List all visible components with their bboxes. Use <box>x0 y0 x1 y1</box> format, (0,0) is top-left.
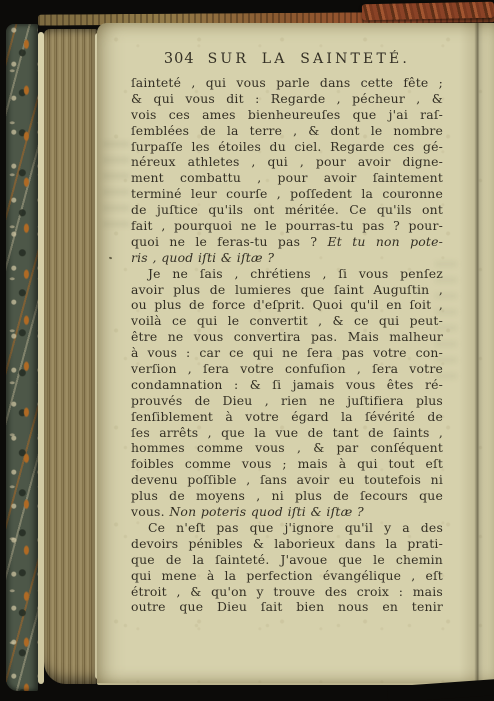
text-segment: vois ces ames bienheureuſes que j'ai raſ… <box>131 107 443 122</box>
running-title: SUR LA SAINTETÉ. <box>208 51 411 67</box>
text-line: néreux athletes , qui , pour avoir digne… <box>131 154 443 170</box>
text-segment: ſenſiblement à votre égard la ſévérité d… <box>131 409 443 424</box>
paper-speck <box>109 257 113 260</box>
text-line: condamnation : & ſi jamais vous êtes ré- <box>131 377 443 393</box>
text-segment: voilà ce qui le convertit , & ce qui peu… <box>131 313 443 328</box>
text-segment: à vous : car ce qui ne ſera pas votre co… <box>131 345 443 360</box>
text-line: prouvés de Dieu , rien ne juſtifiera plu… <box>131 393 443 409</box>
text-line: ris , quod iſti & iſtæ ? <box>131 250 443 266</box>
text-segment: fait , pourquoi ne le pourras-tu pas ? p… <box>131 218 443 233</box>
latin-quote-segment: Non poteris quod iſti & iſtæ ? <box>169 504 364 519</box>
text-line: terminé leur courſe , poſſedent la couro… <box>131 186 443 202</box>
running-head: 304 SUR LA SAINTETÉ. <box>131 51 443 67</box>
ink-bleedthrough <box>103 141 129 237</box>
text-segment: prouvés de Dieu , rien ne juſtifiera plu… <box>131 393 443 408</box>
text-segment: ſainteté , qui vous parle dans cette fêt… <box>131 75 443 90</box>
text-line: outre que Dieu ſait bien nous en tenir <box>131 599 443 615</box>
text-segment: vous. <box>131 504 169 519</box>
book-page: 304 SUR LA SAINTETÉ. ſainteté , qui vous… <box>97 23 494 685</box>
text-segment: ſemblées de la terre , & dont le nombre <box>131 123 443 138</box>
text-segment: devenu poſſible , ſans avoir eu toutefoi… <box>131 472 443 487</box>
page-number: 304 <box>164 51 195 67</box>
text-line: devoirs pénibles & laborieux dans la pra… <box>131 536 443 552</box>
text-line: ſes arrêts , que la vue de tant de ſaint… <box>131 425 443 441</box>
text-line: que de la ſainteté. J'avoue que le chemi… <box>131 552 443 568</box>
text-segment: foibles comme vous ; mais à qui tout eſt <box>131 456 443 471</box>
text-line: vous. Non poteris quod iſti & iſtæ ? <box>131 504 443 520</box>
text-line: ſenſiblement à votre égard la ſévérité d… <box>131 409 443 425</box>
text-line: à vous : car ce qui ne ſera pas votre co… <box>131 345 443 361</box>
text-line: ſainteté , qui vous parle dans cette fêt… <box>131 75 443 91</box>
text-segment: hommes comme vous , & par conſéquent <box>131 440 443 455</box>
text-segment: plus de moyens , ni plus de ſecours que <box>131 488 443 503</box>
text-segment: de juſtice qu'ils ont méritée. Ce qu'ils… <box>131 202 443 217</box>
page-block-fore-edge <box>44 29 97 684</box>
text-line: ſemblées de la terre , & dont le nombre <box>131 123 443 139</box>
text-segment: Je ne ſais , chrétiens , ſi vous penſez <box>148 266 443 281</box>
scanned-book-photo: 304 SUR LA SAINTETÉ. ſainteté , qui vous… <box>0 0 494 701</box>
text-segment: devoirs pénibles & laborieux dans la pra… <box>131 536 443 551</box>
text-line: & qui vous dit : Regarde , pécheur , & <box>131 91 443 107</box>
text-segment: condamnation : & ſi jamais vous êtes ré- <box>131 377 443 392</box>
text-segment: ou plus de force d'eſprit. Quoi qu'il en… <box>131 297 443 312</box>
text-line: fait , pourquoi ne le pourras-tu pas ? p… <box>131 218 443 234</box>
text-line: de juſtice qu'ils ont méritée. Ce qu'ils… <box>131 202 443 218</box>
latin-quote-segment: ris , quod iſti & iſtæ ? <box>131 250 274 265</box>
text-segment: ſes arrêts , que la vue de tant de ſaint… <box>131 425 443 440</box>
text-line: étroit , & qu'on y trouve des croix : ma… <box>131 584 443 600</box>
text-segment: étroit , & qu'on y trouve des croix : ma… <box>131 584 443 599</box>
text-segment: & qui vous dit : Regarde , pécheur , & <box>131 91 443 106</box>
text-segment: que de la ſainteté. J'avoue que le chemi… <box>131 552 443 567</box>
text-segment: ſurpaſſe les étoiles du ciel. Regarde ce… <box>131 139 443 154</box>
text-segment: ment combattu , pour avoir ſaintement <box>131 170 443 185</box>
text-line: verſion , ſera votre confuſion , ſera vo… <box>131 361 443 377</box>
text-segment: néreux athletes , qui , pour avoir digne… <box>131 154 443 169</box>
text-line: voilà ce qui le convertit , & ce qui peu… <box>131 313 443 329</box>
marbled-cover-edge <box>6 24 38 691</box>
text-line: Je ne ſais , chrétiens , ſi vous penſez <box>131 266 443 282</box>
gutter-crease <box>459 23 493 683</box>
text-block: ſainteté , qui vous parle dans cette fêt… <box>131 75 443 615</box>
text-line: Ce n'eſt pas que j'ignore qu'il y a des <box>131 520 443 536</box>
text-line: avoir plus de lumieres que ſaint Auguſti… <box>131 282 443 298</box>
text-segment: Ce n'eſt pas que j'ignore qu'il y a des <box>148 520 443 535</box>
text-line: ou plus de force d'eſprit. Quoi qu'il en… <box>131 297 443 313</box>
latin-quote-segment: Et tu non pote- <box>328 234 443 249</box>
text-segment: être ne vous convertira pas. Mais malheu… <box>131 329 443 344</box>
text-segment: qui mene à la perfection évangélique , e… <box>131 568 443 583</box>
text-line: plus de moyens , ni plus de ſecours que <box>131 488 443 504</box>
text-segment: outre que Dieu ſait bien nous en tenir <box>131 599 443 614</box>
text-line: hommes comme vous , & par conſéquent <box>131 440 443 456</box>
text-segment: quoi ne le feras-tu pas ? <box>131 234 328 249</box>
text-line: qui mene à la perfection évangélique , e… <box>131 568 443 584</box>
text-line: ment combattu , pour avoir ſaintement <box>131 170 443 186</box>
text-segment: avoir plus de lumieres que ſaint Auguſti… <box>131 282 443 297</box>
text-line: vois ces ames bienheureuſes que j'ai raſ… <box>131 107 443 123</box>
text-line: ſurpaſſe les étoiles du ciel. Regarde ce… <box>131 139 443 155</box>
text-line: être ne vous convertira pas. Mais malheu… <box>131 329 443 345</box>
text-segment: verſion , ſera votre confuſion , ſera vo… <box>131 361 443 376</box>
text-line: devenu poſſible , ſans avoir eu toutefoi… <box>131 472 443 488</box>
text-line: foibles comme vous ; mais à qui tout eſt <box>131 456 443 472</box>
text-line: quoi ne le feras-tu pas ? Et tu non pote… <box>131 234 443 250</box>
text-segment: terminé leur courſe , poſſedent la couro… <box>131 186 443 201</box>
book-headband <box>362 2 494 21</box>
